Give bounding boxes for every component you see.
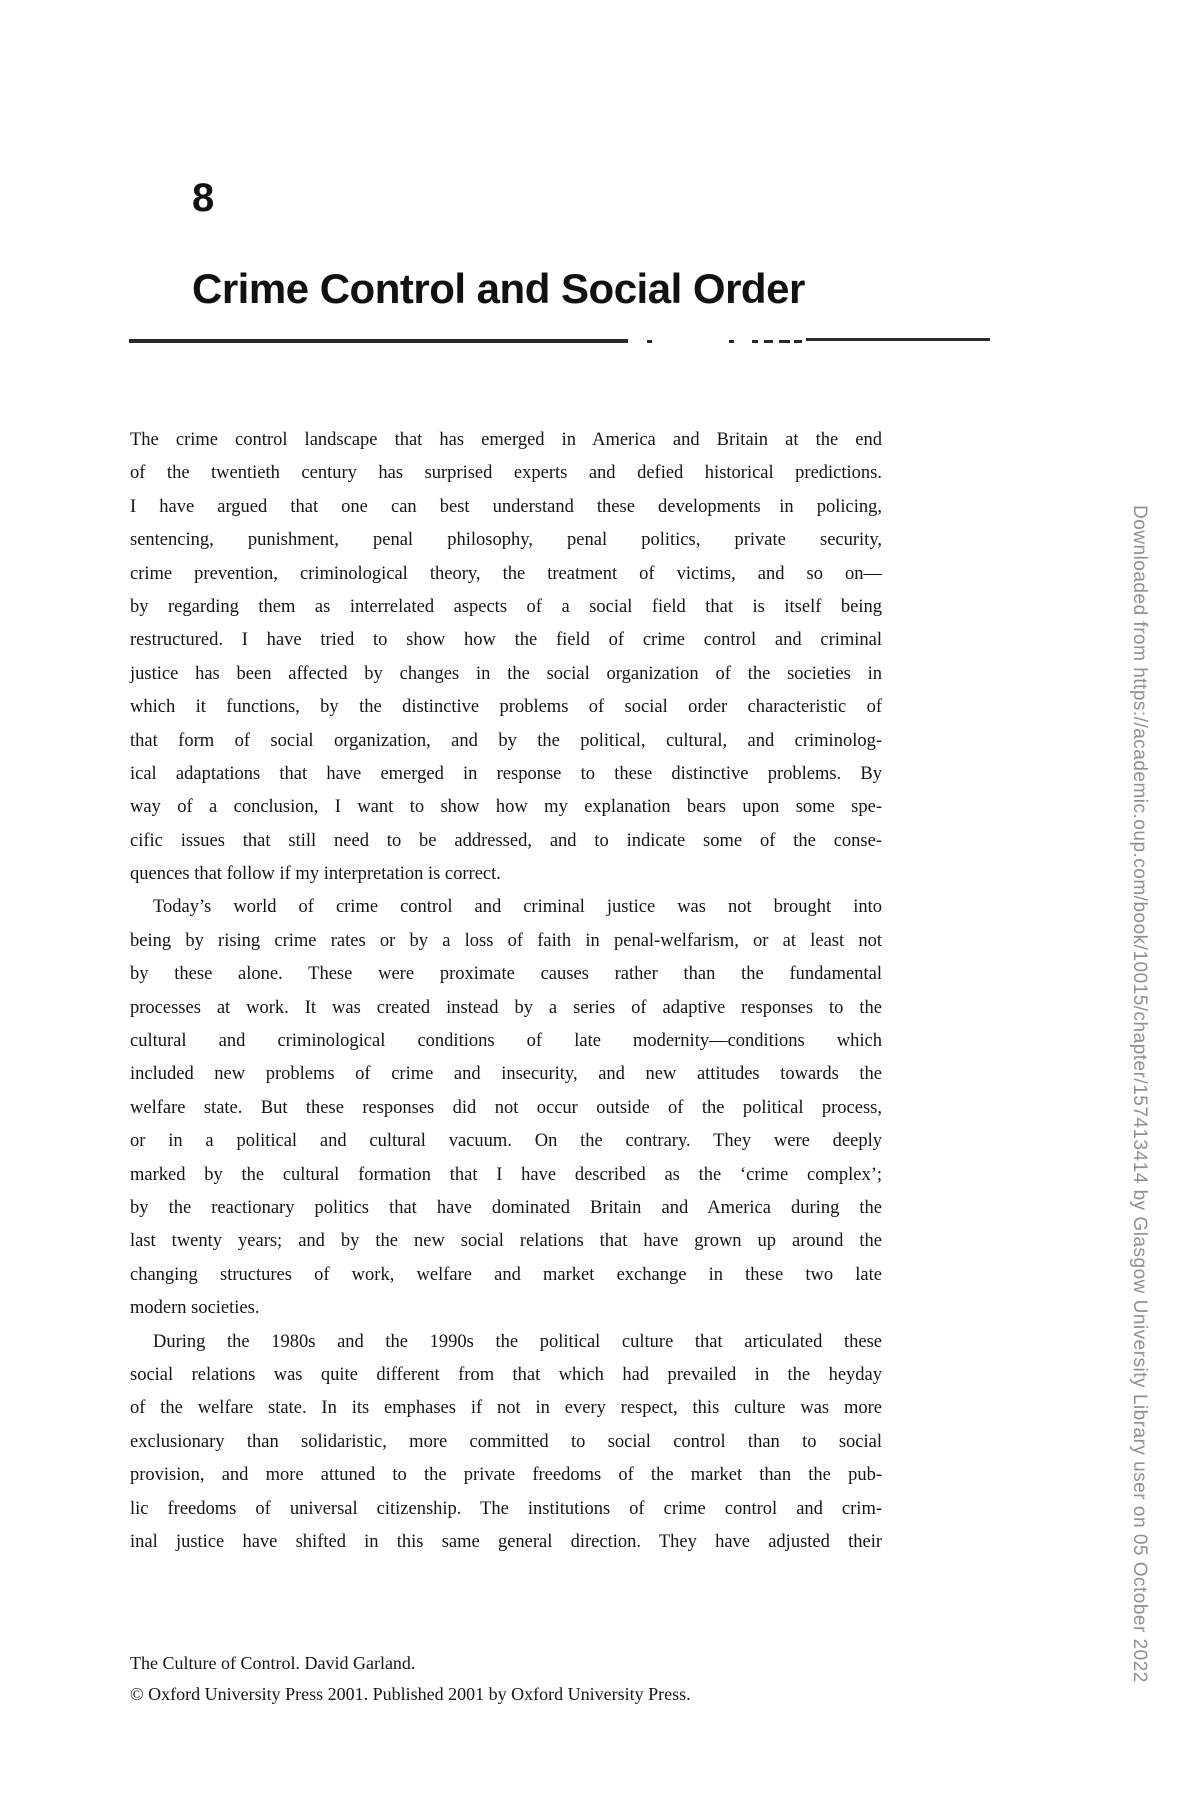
rule-dot — [729, 340, 734, 343]
text-line: social relations was quite different fro… — [130, 1359, 882, 1392]
book-page-scan: 8 Crime Control and Social Order The cri… — [0, 0, 1200, 1800]
footer-book-title: The Culture of Control. David Garland. — [130, 1648, 691, 1679]
body-paragraph: During the 1980s and the 1990s the polit… — [130, 1326, 882, 1560]
chapter-number: 8 — [192, 178, 214, 218]
rule-dash — [779, 340, 790, 343]
text-line: last twenty years; and by the new social… — [130, 1225, 882, 1258]
text-line: exclusionary than solidaristic, more com… — [130, 1426, 882, 1459]
text-line: modern societies. — [130, 1292, 882, 1325]
footer-copyright: © Oxford University Press 2001. Publishe… — [130, 1679, 691, 1710]
title-rule — [0, 0, 1200, 1]
text-line: crime prevention, criminological theory,… — [130, 558, 882, 591]
text-line: by these alone. These were proximate cau… — [130, 958, 882, 991]
text-line: During the 1980s and the 1990s the polit… — [130, 1326, 882, 1359]
text-line: that form of social organization, and by… — [130, 725, 882, 758]
text-line: cultural and criminological conditions o… — [130, 1025, 882, 1058]
text-line: The crime control landscape that has eme… — [130, 424, 882, 457]
text-line: provision, and more attuned to the priva… — [130, 1459, 882, 1492]
text-line: sentencing, punishment, penal philosophy… — [130, 524, 882, 557]
text-line: by regarding them as interrelated aspect… — [130, 591, 882, 624]
rule-dash — [752, 340, 758, 343]
footer: The Culture of Control. David Garland. ©… — [130, 1648, 691, 1710]
rule-segment — [806, 338, 990, 341]
text-line: Today’s world of crime control and crimi… — [130, 891, 882, 924]
rule-dash — [764, 340, 773, 343]
text-line: being by rising crime rates or by a loss… — [130, 925, 882, 958]
download-watermark: Downloaded from https://academic.oup.com… — [1128, 505, 1150, 1795]
rule-dash — [794, 340, 802, 343]
text-line: inal justice have shifted in this same g… — [130, 1526, 882, 1559]
text-line: cific issues that still need to be addre… — [130, 825, 882, 858]
text-line: processes at work. It was created instea… — [130, 992, 882, 1025]
text-line: justice has been affected by changes in … — [130, 658, 882, 691]
text-line: which it functions, by the distinctive p… — [130, 691, 882, 724]
text-line: included new problems of crime and insec… — [130, 1058, 882, 1091]
text-line: changing structures of work, welfare and… — [130, 1259, 882, 1292]
rule-segment — [129, 339, 628, 343]
text-line: lic freedoms of universal citizenship. T… — [130, 1493, 882, 1526]
text-line: I have argued that one can best understa… — [130, 491, 882, 524]
chapter-title: Crime Control and Social Order — [192, 266, 805, 312]
text-line: by the reactionary politics that have do… — [130, 1192, 882, 1225]
text-line: restructured. I have tried to show how t… — [130, 624, 882, 657]
text-line: or in a political and cultural vacuum. O… — [130, 1125, 882, 1158]
body-paragraph: Today’s world of crime control and crimi… — [130, 891, 882, 1325]
body-text: The crime control landscape that has eme… — [130, 424, 882, 1559]
text-line: welfare state. But these responses did n… — [130, 1092, 882, 1125]
body-paragraph: The crime control landscape that has eme… — [130, 424, 882, 891]
text-line: of the welfare state. In its emphases if… — [130, 1392, 882, 1425]
rule-dot — [647, 340, 652, 343]
text-line: of the twentieth century has surprised e… — [130, 457, 882, 490]
text-line: marked by the cultural formation that I … — [130, 1159, 882, 1192]
text-line: quences that follow if my interpretation… — [130, 858, 882, 891]
text-line: way of a conclusion, I want to show how … — [130, 791, 882, 824]
text-line: ical adaptations that have emerged in re… — [130, 758, 882, 791]
